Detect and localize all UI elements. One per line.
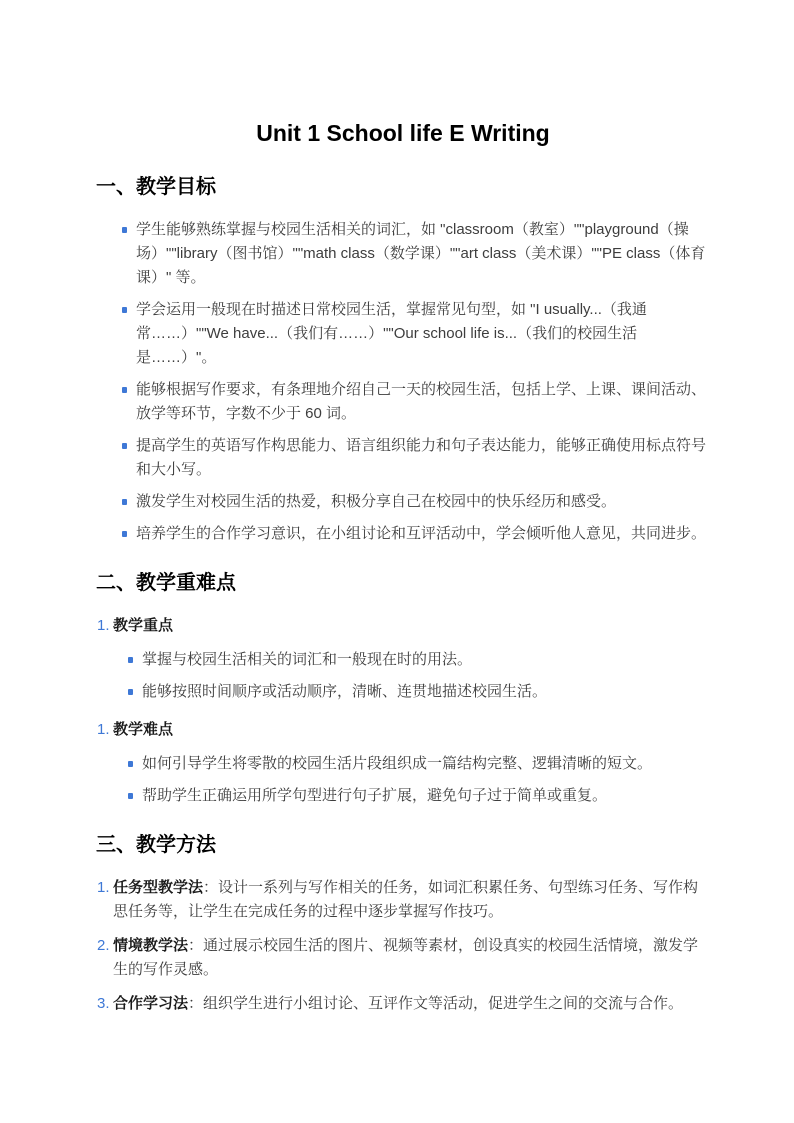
section-teaching-methods: 三、教学方法 1.任务型教学法：设计一系列与写作相关的任务，如词汇积累任务、句型… bbox=[96, 832, 710, 1016]
list-item: 如何引导学生将零散的校园生活片段组织成一篇结构完整、逻辑清晰的短文。 bbox=[128, 752, 710, 776]
bullet-icon bbox=[128, 689, 133, 695]
list-item: 帮助学生正确运用所学句型进行句子扩展，避免句子过于简单或重复。 bbox=[128, 784, 710, 808]
method-label: 情境教学法 bbox=[113, 937, 188, 954]
list-number: 1. bbox=[97, 718, 110, 742]
key-points-list: 掌握与校园生活相关的词汇和一般现在时的用法。 能够按照时间顺序或活动顺序，清晰、… bbox=[96, 648, 710, 704]
list-item: 能够按照时间顺序或活动顺序，清晰、连贯地描述校园生活。 bbox=[128, 680, 710, 704]
list-item-text: 激发学生对校园生活的热爱，积极分享自己在校园中的快乐经历和感受。 bbox=[136, 493, 616, 510]
method-label: 任务型教学法 bbox=[113, 879, 203, 896]
objectives-list: 学生能够熟练掌握与校园生活相关的词汇，如 "classroom（教室）""pla… bbox=[96, 218, 710, 546]
bullet-icon bbox=[122, 387, 127, 393]
list-number: 3. bbox=[97, 992, 110, 1016]
group-label: 教学难点 bbox=[113, 721, 173, 738]
list-item-text: 如何引导学生将零散的校园生活片段组织成一篇结构完整、逻辑清晰的短文。 bbox=[142, 755, 652, 772]
method-separator: ： bbox=[188, 995, 203, 1012]
list-item-text: 提高学生的英语写作构思能力、语言组织能力和句子表达能力，能够正确使用标点符号和大… bbox=[136, 437, 706, 478]
section-heading-key-points: 二、教学重难点 bbox=[96, 570, 710, 596]
method-item: 3.合作学习法：组织学生进行小组讨论、互评作文等活动，促进学生之间的交流与合作。 bbox=[96, 992, 710, 1016]
list-item: 学会运用一般现在时描述日常校园生活，掌握常见句型，如 "I usually...… bbox=[122, 298, 710, 370]
method-separator: ： bbox=[203, 879, 218, 896]
document-page: Unit 1 School life E Writing 一、教学目标 学生能够… bbox=[0, 0, 794, 1123]
bullet-icon bbox=[122, 307, 127, 313]
bullet-icon bbox=[122, 227, 127, 233]
method-text: 组织学生进行小组讨论、互评作文等活动，促进学生之间的交流与合作。 bbox=[203, 995, 683, 1012]
section-heading-methods: 三、教学方法 bbox=[96, 832, 710, 858]
list-item: 学生能够熟练掌握与校园生活相关的词汇，如 "classroom（教室）""pla… bbox=[122, 218, 710, 290]
method-separator: ： bbox=[188, 937, 203, 954]
list-item: 激发学生对校园生活的热爱，积极分享自己在校园中的快乐经历和感受。 bbox=[122, 490, 710, 514]
list-number: 1. bbox=[97, 876, 110, 900]
numbered-item: 1.教学重点 bbox=[96, 614, 710, 638]
group-label: 教学重点 bbox=[113, 617, 173, 634]
list-item: 能够根据写作要求，有条理地介绍自己一天的校园生活，包括上学、上课、课间活动、放学… bbox=[122, 378, 710, 426]
method-item: 1.任务型教学法：设计一系列与写作相关的任务，如词汇积累任务、句型练习任务、写作… bbox=[96, 876, 710, 924]
section-key-difficult-points: 二、教学重难点 1.教学重点 掌握与校园生活相关的词汇和一般现在时的用法。 能够… bbox=[96, 570, 710, 808]
bullet-icon bbox=[122, 499, 127, 505]
list-item-text: 帮助学生正确运用所学句型进行句子扩展，避免句子过于简单或重复。 bbox=[142, 787, 607, 804]
list-number: 1. bbox=[97, 614, 110, 638]
difficult-points-group: 1.教学难点 如何引导学生将零散的校园生活片段组织成一篇结构完整、逻辑清晰的短文… bbox=[96, 718, 710, 808]
numbered-item: 1.教学难点 bbox=[96, 718, 710, 742]
list-number: 2. bbox=[97, 934, 110, 958]
list-item-text: 能够根据写作要求，有条理地介绍自己一天的校园生活，包括上学、上课、课间活动、放学… bbox=[136, 381, 706, 422]
difficult-points-list: 如何引导学生将零散的校园生活片段组织成一篇结构完整、逻辑清晰的短文。 帮助学生正… bbox=[96, 752, 710, 808]
bullet-icon bbox=[122, 443, 127, 449]
bullet-icon bbox=[122, 531, 127, 537]
list-item: 提高学生的英语写作构思能力、语言组织能力和句子表达能力，能够正确使用标点符号和大… bbox=[122, 434, 710, 482]
method-label: 合作学习法 bbox=[113, 995, 188, 1012]
bullet-icon bbox=[128, 793, 133, 799]
bullet-icon bbox=[128, 761, 133, 767]
list-item-text: 能够按照时间顺序或活动顺序，清晰、连贯地描述校园生活。 bbox=[142, 683, 547, 700]
section-teaching-objectives: 一、教学目标 学生能够熟练掌握与校园生活相关的词汇，如 "classroom（教… bbox=[96, 174, 710, 546]
list-item: 培养学生的合作学习意识，在小组讨论和互评活动中，学会倾听他人意见，共同进步。 bbox=[122, 522, 710, 546]
bullet-icon bbox=[128, 657, 133, 663]
list-item-text: 培养学生的合作学习意识，在小组讨论和互评活动中，学会倾听他人意见，共同进步。 bbox=[136, 525, 706, 542]
list-item-text: 学生能够熟练掌握与校园生活相关的词汇，如 "classroom（教室）""pla… bbox=[136, 221, 705, 286]
document-title: Unit 1 School life E Writing bbox=[96, 116, 710, 150]
list-item-text: 掌握与校园生活相关的词汇和一般现在时的用法。 bbox=[142, 651, 472, 668]
section-heading-objectives: 一、教学目标 bbox=[96, 174, 710, 200]
list-item: 掌握与校园生活相关的词汇和一般现在时的用法。 bbox=[128, 648, 710, 672]
list-item-text: 学会运用一般现在时描述日常校园生活，掌握常见句型，如 "I usually...… bbox=[136, 301, 647, 366]
method-item: 2.情境教学法：通过展示校园生活的图片、视频等素材，创设真实的校园生活情境，激发… bbox=[96, 934, 710, 982]
key-points-group: 1.教学重点 掌握与校园生活相关的词汇和一般现在时的用法。 能够按照时间顺序或活… bbox=[96, 614, 710, 704]
